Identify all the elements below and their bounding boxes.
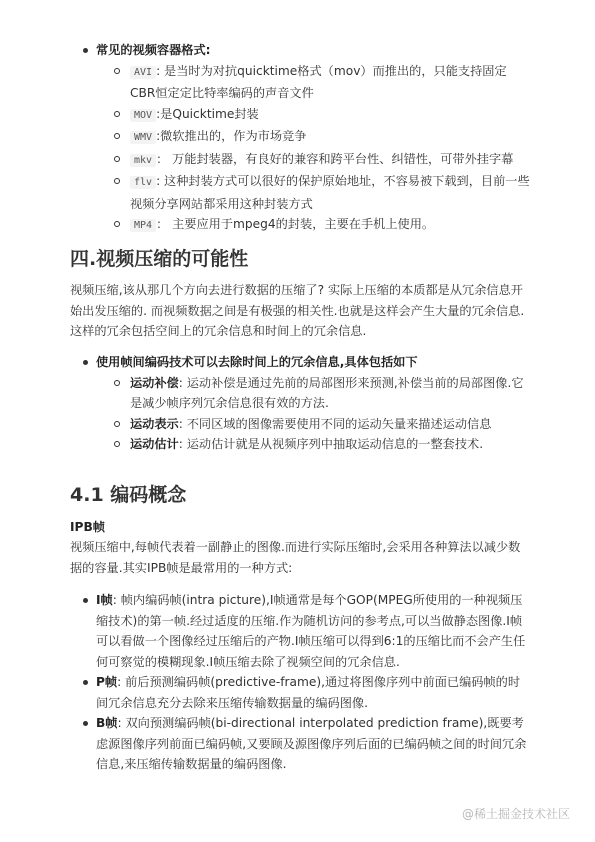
- container-items: AVI: 是当时为对抗quicktime格式（mov）而推出的，只能支持固定CB…: [100, 61, 530, 237]
- item-text: : 不同区域的图像需要使用不同的运动矢量来描述运动信息: [179, 417, 492, 431]
- ipb-frame-list: I帧: 帧内编码帧(intra picture),I帧通常是每个GOP(MPEG…: [70, 590, 530, 775]
- item-text: ： 万能封装器，有良好的兼容和跨平台性、纠错性，可带外挂字幕: [156, 152, 513, 166]
- term-label: 运动补偿: [130, 376, 179, 390]
- item-text: :是Quicktime封装: [156, 107, 259, 121]
- section-heading-encoding-concept: 4.1 编码概念: [70, 480, 186, 507]
- list-item-wmv: WMV:微软推出的，作为市场竞争: [100, 126, 530, 149]
- code-label: WMV: [130, 131, 156, 144]
- term-label: 运动表示: [130, 417, 179, 431]
- item-text: : 帧内编码帧(intra picture),I帧通常是每个GOP(MPEG所使…: [96, 593, 525, 669]
- list-item-avi: AVI: 是当时为对抗quicktime格式（mov）而推出的，只能支持固定CB…: [100, 61, 530, 104]
- list-item: 使用帧间编码技术可以去除时间上的冗余信息,具体包括如下 运动补偿: 运动补偿是通…: [70, 352, 530, 455]
- section-intro-paragraph: 视频压缩,该从那几个方向去进行数据的压缩了? 实际上压缩的本质都是从冗余信息开始…: [70, 280, 530, 342]
- item-text: : 运动估计就是从视频序列中抽取运动信息的一整套技术.: [179, 437, 483, 451]
- section-heading-compression: 四.视频压缩的可能性: [70, 244, 248, 271]
- code-label: flv: [130, 176, 156, 189]
- inter-frame-list: 使用帧间编码技术可以去除时间上的冗余信息,具体包括如下 运动补偿: 运动补偿是通…: [70, 352, 530, 455]
- subheading-ipb: IPB帧: [70, 517, 105, 538]
- list-item-mov: MOV:是Quicktime封装: [100, 104, 530, 127]
- term-label: 运动估计: [130, 437, 179, 451]
- term-label: I帧: [96, 593, 113, 607]
- code-label: MP4: [130, 219, 156, 232]
- container-format-list: 常见的视频容器格式: AVI: 是当时为对抗quicktime格式（mov）而推…: [70, 40, 530, 237]
- item-text: : 是当时为对抗quicktime格式（mov）而推出的，只能支持固定CBR恒定…: [130, 64, 507, 101]
- list-item-p-frame: P帧: 前后预测编码帧(predictive-frame),通过将图像序列中前面…: [70, 672, 530, 713]
- container-section-title: 常见的视频容器格式:: [96, 43, 211, 57]
- item-text: :微软推出的，作为市场竞争: [156, 129, 306, 143]
- code-label: MOV: [130, 109, 156, 122]
- item-text: ： 主要应用于mpeg4的封装，主要在手机上使用。: [156, 217, 434, 231]
- inter-frame-items: 运动补偿: 运动补偿是通过先前的局部图形来预测,补偿当前的局部图像.它是减少帧序…: [100, 373, 530, 455]
- inter-frame-title: 使用帧间编码技术可以去除时间上的冗余信息,具体包括如下: [96, 355, 418, 369]
- code-label: mkv: [130, 154, 156, 167]
- watermark: @稀土掘金技术社区: [462, 805, 570, 822]
- list-item-i-frame: I帧: 帧内编码帧(intra picture),I帧通常是每个GOP(MPEG…: [70, 590, 530, 672]
- list-item-motion-representation: 运动表示: 不同区域的图像需要使用不同的运动矢量来描述运动信息: [100, 414, 530, 435]
- list-item: 常见的视频容器格式: AVI: 是当时为对抗quicktime格式（mov）而推…: [70, 40, 530, 237]
- list-item-motion-compensation: 运动补偿: 运动补偿是通过先前的局部图形来预测,补偿当前的局部图像.它是减少帧序…: [100, 373, 530, 414]
- list-item-b-frame: B帧: 双向预测编码帧(bi-directional interpolated …: [70, 713, 530, 775]
- code-label: AVI: [130, 66, 156, 79]
- list-item-motion-estimation: 运动估计: 运动估计就是从视频序列中抽取运动信息的一整套技术.: [100, 434, 530, 455]
- item-text: : 前后预测编码帧(predictive-frame),通过将图像序列中前面已编…: [96, 675, 520, 710]
- list-item-mkv: mkv： 万能封装器，有良好的兼容和跨平台性、纠错性，可带外挂字幕: [100, 149, 530, 172]
- term-label: P帧: [96, 675, 117, 689]
- list-item-flv: flv: 这种封装方式可以很好的保护原始地址，不容易被下载到，目前一些视频分享网…: [100, 171, 530, 214]
- ipb-intro-paragraph: 视频压缩中,每帧代表着一副静止的图像.而进行实际压缩时,会采用各种算法以减少数据…: [70, 537, 530, 578]
- list-item-mp4: MP4： 主要应用于mpeg4的封装，主要在手机上使用。: [100, 214, 530, 237]
- item-text: : 运动补偿是通过先前的局部图形来预测,补偿当前的局部图像.它是减少帧序列冗余信…: [130, 376, 524, 411]
- term-label: B帧: [96, 716, 117, 730]
- item-text: : 这种封装方式可以很好的保护原始地址，不容易被下载到，目前一些视频分享网站都采…: [130, 174, 530, 211]
- item-text: : 双向预测编码帧(bi-directional interpolated pr…: [96, 716, 526, 771]
